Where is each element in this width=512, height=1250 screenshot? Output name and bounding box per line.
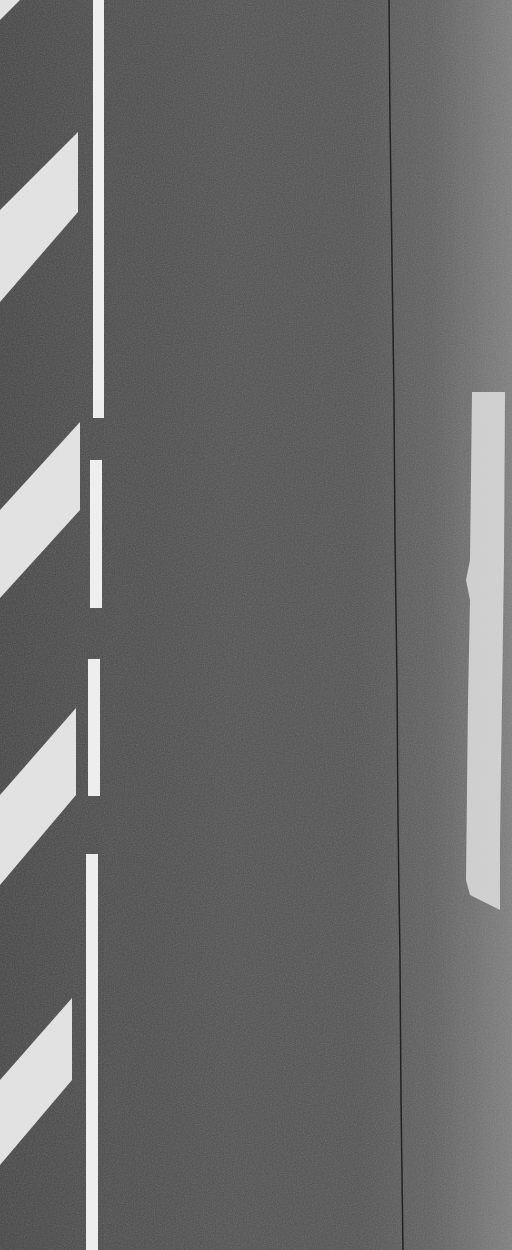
right-edge-stripe [466, 392, 505, 910]
road-surface: Top-down grayscale view of an asphalt ro… [0, 0, 512, 1250]
lane-line-segment [86, 854, 98, 1250]
lane-line-segment [90, 460, 102, 608]
lane-line-segment [93, 0, 104, 418]
road-drawing [0, 0, 512, 1250]
lane-line-segment [88, 659, 100, 796]
